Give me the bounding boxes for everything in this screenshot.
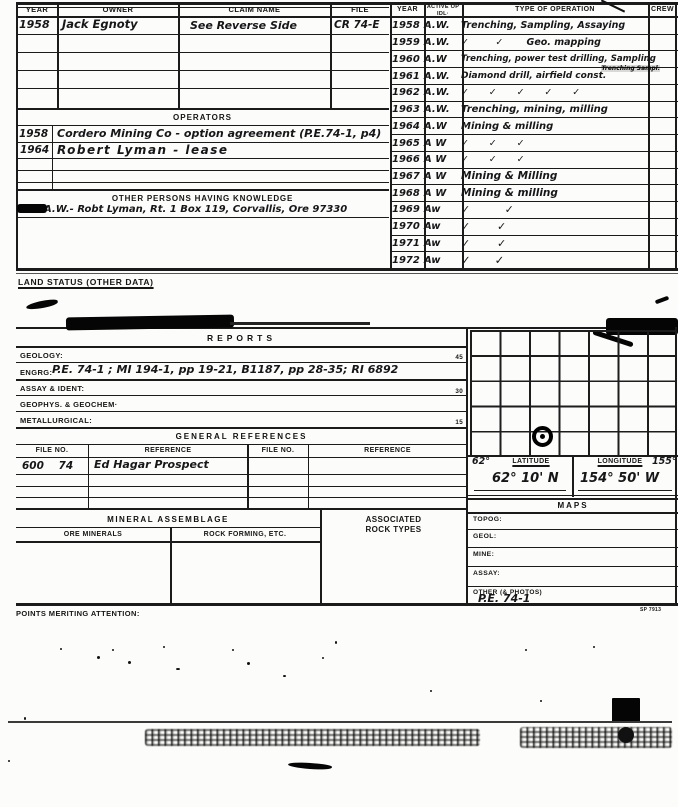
scan-speck <box>176 668 180 670</box>
activity-year: 1965 <box>390 138 424 149</box>
activity-active-code: A W <box>424 154 461 165</box>
table-row-line <box>16 217 389 218</box>
maps-assay-label: ASSAY: <box>473 570 500 577</box>
claims-col-divider <box>57 2 59 108</box>
maps-title: MAPS <box>468 501 678 510</box>
longitude-corner-value: 155° <box>652 457 677 467</box>
genref-header-reference: REFERENCE <box>88 447 248 454</box>
scan-speck <box>525 649 527 651</box>
table-row-line <box>16 182 389 183</box>
activity-active-code: A.W. <box>424 71 461 82</box>
activity-header-crew: CREW <box>648 6 677 13</box>
activity-row: 1972Aw✓ ✓ <box>390 252 678 268</box>
claim-file-value: CR 74-E <box>334 20 380 31</box>
table-row-line <box>16 170 389 171</box>
operator-year: 1958 <box>19 129 48 140</box>
scan-speck <box>60 648 62 650</box>
ruler-mark-30: 30 <box>447 388 463 395</box>
activity-active-code: A.W. <box>424 87 461 98</box>
table-row-line <box>16 52 389 53</box>
section-rule <box>16 346 467 348</box>
field-line <box>468 547 678 548</box>
claims-header-year: YEAR <box>16 5 58 14</box>
location-marker-dot <box>540 434 545 439</box>
associated-rock-types-line2: ROCK TYPES <box>320 525 467 534</box>
mineral-col-divider <box>170 527 172 604</box>
geology-label: GEOLOGY: <box>20 351 63 360</box>
activity-operation: ✓ ✓ <box>461 220 647 233</box>
scan-speck <box>335 641 337 644</box>
field-line <box>16 411 467 412</box>
genref-fileno-value: 600 74 <box>22 461 73 472</box>
activity-row: 1964A.WMining & milling <box>390 118 678 135</box>
scan-speck <box>24 717 26 720</box>
field-line <box>468 529 678 530</box>
section-rule <box>16 273 678 274</box>
pen-stroke <box>655 296 670 305</box>
activity-active-code: Aw <box>424 204 461 215</box>
activity-active-code: Aw <box>424 221 461 232</box>
assay-ident-label: ASSAY & IDENT: <box>20 384 84 393</box>
section-rule <box>16 444 467 445</box>
reports-title: REPORTS <box>16 333 467 343</box>
genref-col-divider <box>308 444 309 510</box>
geophys-geochem-label: GEOPHYS. & GEOCHEM· <box>20 400 118 409</box>
location-grid <box>470 330 676 456</box>
activity-year: 1966 <box>390 154 424 165</box>
scan-speck <box>430 690 432 692</box>
activity-year: 1961 <box>390 71 424 82</box>
activity-operation: Mining & Milling <box>461 170 647 182</box>
operators-title: OPERATORS <box>16 113 389 122</box>
section-rule <box>16 527 320 528</box>
section-rule <box>468 498 678 500</box>
activity-row: 1961A.W.Diamond drill, airfield const.Tr… <box>390 68 678 85</box>
section-rule <box>16 541 320 543</box>
section-rule <box>16 108 389 110</box>
mine-label: MINE: <box>473 551 494 558</box>
activity-year: 1958 <box>390 20 424 31</box>
activity-header-year: YEAR <box>391 6 424 13</box>
activity-active-code: A W <box>424 138 461 149</box>
location-marker-icon <box>532 426 553 447</box>
activity-operation: ✓ ✓ ✓ <box>461 154 647 165</box>
claims-col-divider <box>178 2 180 108</box>
scan-speck <box>247 662 250 665</box>
activity-active-code: A.W. <box>424 104 461 115</box>
topog-label: TOPOG: <box>473 516 502 523</box>
claim-year-value: 1958 <box>19 19 50 30</box>
activity-active-code: Aw <box>424 255 461 266</box>
section-rule <box>468 495 678 496</box>
table-row-line <box>16 88 389 89</box>
activity-year: 1970 <box>390 221 424 232</box>
ink-smear <box>230 322 370 325</box>
scan-noise-band <box>145 729 480 746</box>
operator-year: 1964 <box>20 145 49 156</box>
mining-record-card-scan: YEAR OWNER CLAIM NAME FILE 1958 Jack Egn… <box>0 0 678 807</box>
activity-row: 1971Aw✓ ✓ <box>390 236 678 253</box>
activity-operation: Trenching, power test drilling, Sampling <box>461 54 647 64</box>
operator-name: Cordero Mining Co - option agreement (P.… <box>57 128 381 139</box>
table-row-line <box>16 474 467 475</box>
genref-reference-value: Ed Hagar Prospect <box>94 459 209 470</box>
ink-square-blob <box>612 698 640 723</box>
field-line <box>16 395 467 396</box>
section-rule <box>16 268 678 271</box>
activity-table-body: 1958A.W.Trenching, Sampling, Assaying 19… <box>390 18 678 268</box>
activity-year: 1963 <box>390 104 424 115</box>
scan-noise-band <box>520 727 672 748</box>
section-rule <box>16 457 467 458</box>
latitude-corner-value: 62° <box>472 457 490 467</box>
claim-owner-value: Jack Egnoty <box>62 19 138 31</box>
claims-col-divider <box>330 2 332 108</box>
scan-speck <box>322 657 324 659</box>
genref-header-reference-2: REFERENCE <box>308 447 467 454</box>
field-line <box>468 586 678 587</box>
activity-operation: Trenching, Sampling, Assaying <box>461 20 647 31</box>
genref-header-fileno-2: FILE NO. <box>248 447 308 454</box>
ink-smear <box>288 761 332 770</box>
center-column-divider <box>466 327 468 606</box>
activity-row: 1969Aw✓ ✓ <box>390 202 678 219</box>
latitude-value: 62° 10' N <box>492 472 559 485</box>
activity-active-code: A.W <box>424 121 461 132</box>
engrg-value: P.E. 74-1 ; MI 194-1, pp 19-21, B1187, p… <box>52 364 398 375</box>
activity-operation: Diamond drill, airfield const. <box>461 71 647 81</box>
scan-speck <box>112 649 114 651</box>
form-number: SP 7913 <box>640 607 661 613</box>
activity-active-code: A W <box>424 171 461 182</box>
activity-row: 1970Aw✓ ✓ <box>390 219 678 236</box>
activity-year: 1960 <box>390 54 424 65</box>
field-line <box>468 566 678 567</box>
activity-operation: ✓ ✓ <box>461 253 647 267</box>
activity-row: 1968A WMining & milling <box>390 185 678 202</box>
activity-active-code: A.W. <box>424 20 461 31</box>
claims-header-owner: OWNER <box>58 5 178 14</box>
activity-operation: ✓ ✓ ✓ <box>461 138 647 149</box>
activity-active-code: Aw <box>424 238 461 249</box>
activity-year: 1962 <box>390 87 424 98</box>
ruler-mark-45: 45 <box>447 354 463 361</box>
field-line <box>16 427 467 429</box>
activity-operation: Mining & milling <box>461 121 647 132</box>
hand-underline <box>474 490 566 491</box>
activity-operation: ✓ ✓ ✓ ✓ ✓ <box>461 87 647 98</box>
genref-col-divider <box>88 444 89 510</box>
longitude-label: LONGITUDE <box>585 458 655 465</box>
latitude-label: LATITUDE <box>492 458 570 465</box>
form-bottom-rule <box>16 603 678 606</box>
longitude-value: 154° 50' W <box>580 472 659 485</box>
activity-year: 1967 <box>390 171 424 182</box>
geol-label: GEOL: <box>473 533 497 540</box>
land-status-label: LAND STATUS (OTHER DATA) <box>18 277 154 287</box>
scan-speck <box>232 649 234 651</box>
metallurgical-label: METALLURGICAL: <box>20 416 92 425</box>
activity-operation: ✓ ✓ <box>461 237 647 250</box>
ink-swoosh <box>26 298 59 310</box>
activity-year: 1959 <box>390 37 424 48</box>
scan-speck <box>128 661 131 664</box>
ore-minerals-label: ORE MINERALS <box>16 531 170 538</box>
activity-operation: Trenching, mining, milling <box>461 104 647 115</box>
activity-active-code: A.W <box>424 54 461 65</box>
scan-speck <box>540 700 542 702</box>
genref-col-divider <box>247 444 249 510</box>
activity-year: 1971 <box>390 238 424 249</box>
rock-forming-label: ROCK FORMING, ETC. <box>170 531 320 538</box>
hand-underline <box>578 490 672 491</box>
scan-speck <box>97 656 100 659</box>
genref-header-fileno: FILE NO. <box>16 447 88 454</box>
other-persons-title: OTHER PERSONS HAVING KNOWLEDGE <box>16 194 389 203</box>
activity-operation: ✓ ✓ <box>461 203 647 216</box>
activity-operation: Mining & milling <box>461 187 647 199</box>
scan-speck <box>8 760 10 762</box>
operator-name: Robert Lyman - lease <box>57 144 229 156</box>
activity-year: 1964 <box>390 121 424 132</box>
engrg-label: ENGRG: <box>20 368 52 377</box>
section-rule <box>16 508 467 510</box>
activity-year: 1969 <box>390 204 424 215</box>
field-line <box>16 379 467 381</box>
scan-streak-line <box>8 721 672 723</box>
activity-operation: ✓ ✓ Geo. mapping <box>461 37 647 48</box>
activity-header-active: ACTIVE OP IDL· <box>424 4 462 17</box>
table-row-line <box>16 158 389 159</box>
scan-speck <box>163 646 165 648</box>
table-row-line <box>16 497 467 498</box>
activity-row: 1962A.W.✓ ✓ ✓ ✓ ✓ <box>390 85 678 102</box>
activity-row: 1963A.W.Trenching, mining, milling <box>390 102 678 119</box>
table-row-line <box>16 70 389 71</box>
activity-operation-overwrite: Trenching Sampl. <box>601 65 660 72</box>
claims-table-left-border <box>16 2 18 268</box>
scan-speck <box>283 675 286 677</box>
activity-active-code: A.W. <box>424 37 461 48</box>
latlong-divider <box>572 455 574 497</box>
ink-smudge <box>17 204 47 213</box>
activity-year: 1968 <box>390 188 424 199</box>
ink-dot-blob <box>618 727 634 743</box>
points-meriting-attention-label: POINTS MERITING ATTENTION: <box>16 609 140 618</box>
section-rule <box>16 189 389 191</box>
activity-row: 1967A WMining & Milling <box>390 169 678 186</box>
activity-row: 1958A.W.Trenching, Sampling, Assaying <box>390 18 678 35</box>
activity-row: 1965A W✓ ✓ ✓ <box>390 135 678 152</box>
section-rule <box>468 512 678 514</box>
table-row-line <box>16 34 389 35</box>
scan-speck <box>593 646 595 648</box>
claim-name-value: See Reverse Side <box>190 20 297 31</box>
claims-header-file: FILE <box>331 5 389 14</box>
mineral-assemblage-title: MINERAL ASSEMBLAGE <box>16 515 320 524</box>
activity-active-code: A W <box>424 188 461 199</box>
ruler-mark-15: 15 <box>447 419 463 426</box>
claims-header-claim-name: CLAIM NAME <box>179 5 330 14</box>
activity-row: 1966A W✓ ✓ ✓ <box>390 152 678 169</box>
table-row-line <box>16 486 467 487</box>
general-references-title: GENERAL REFERENCES <box>16 432 467 441</box>
other-persons-entry: A.W.- Robt Lyman, Rt. 1 Box 119, Corvall… <box>44 205 347 215</box>
associated-rock-types-line1: ASSOCIATED <box>320 515 467 524</box>
activity-year: 1972 <box>390 255 424 266</box>
activity-row: 1959A.W.✓ ✓ Geo. mapping <box>390 35 678 52</box>
